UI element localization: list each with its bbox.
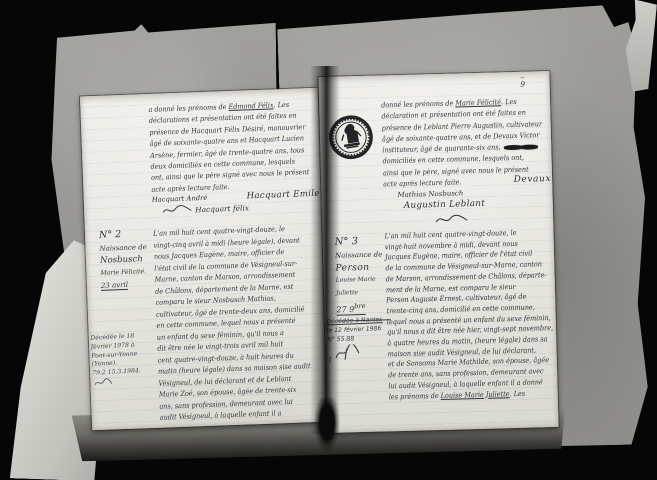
note-line: 1: [327, 342, 392, 364]
manuscript-lines: L'an mil huit cent quatre-vingt-douze, l…: [384, 227, 560, 392]
folio-number: ~ 9: [509, 75, 535, 88]
mayor-paraph-icon: [434, 213, 468, 226]
margin-death-note: Décédée à Nantes le 12 février 1986 N° 5…: [326, 315, 392, 365]
margin-act2: N° 2 Naissance de Nosbusch Marie Félicit…: [99, 228, 157, 293]
margin-death-note: Décédée le 18février 1978 àPont-sur-Yonn…: [90, 331, 159, 391]
line-text: . Les: [509, 388, 525, 397]
manuscript-lines: déclarations et présentation ont été fai…: [149, 109, 320, 195]
child-name: Marie Félicité: [455, 97, 501, 107]
child-name: Louise Marie Juliette: [441, 389, 510, 400]
act-date: 23 avril: [101, 278, 157, 293]
note-lines: Décédée le 18février 1978 àPont-sur-Yonn…: [90, 331, 158, 378]
clerk-paraph-icon: [93, 378, 113, 388]
register-page-left: a donné les prénoms de Edmond Félix. Les…: [80, 88, 330, 430]
act-date-sup: bre: [354, 302, 366, 310]
act3-body: L'an mil huit cent quatre-vingt-douze, l…: [384, 227, 560, 403]
register-page-right: ~ 9 donné les prénoms de Marie Félicité.…: [318, 71, 558, 433]
signatures-act2: Devaux Mathias Nosbusch Augustin Leblant: [383, 177, 554, 225]
mayor-paraph-icon: [162, 204, 192, 215]
line-text: . Les: [501, 97, 517, 106]
child-name: Edmond Félix: [228, 100, 273, 111]
officer-paraph-icon: [333, 344, 360, 361]
scanned-register-photo: a donné les prénoms de Edmond Félix. Les…: [0, 0, 657, 480]
note-text: 1: [328, 356, 332, 363]
signature-witness: Hacquart André: [152, 194, 208, 204]
signature-witness: Augustin Leblant: [404, 199, 486, 211]
signature-father: Mathias Nosbusch: [397, 189, 463, 199]
act1-continuation: a donné les prénoms de Edmond Félix. Les…: [148, 98, 319, 195]
manuscript-lines: déclaration et présentation ont été fait…: [381, 106, 552, 144]
signature-witness: Hacquart félix: [195, 203, 249, 214]
act-date-main: 27 9: [336, 305, 354, 314]
inked-out-words: [503, 143, 537, 151]
line-text: les prénoms de: [389, 391, 441, 401]
signature-witness: Devaux: [514, 174, 552, 185]
line-text: donné les prénoms de: [381, 99, 455, 110]
line-text: . Les: [273, 100, 289, 110]
manuscript-lines: L'an mil huit cent quatre-vingt-douze, l…: [153, 222, 330, 424]
official-seal-icon: [324, 111, 377, 164]
folio-digit: 9: [520, 80, 525, 89]
act2-body: L'an mil huit cent quatre-vingt-douze, l…: [153, 222, 330, 424]
